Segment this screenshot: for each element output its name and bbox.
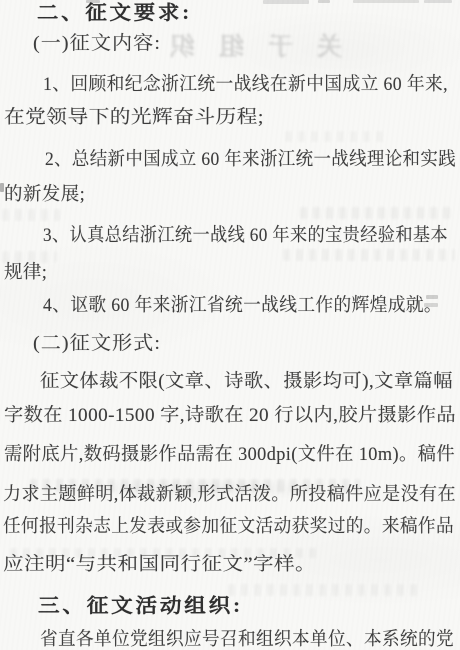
scan-smudge [283, 249, 455, 261]
section-heading: 三、征文活动组织: [38, 595, 243, 618]
document-page: 关于组织 二、征文要求:(一)征文内容:1、回顾和纪念浙江统一战线在新中国成立 … [0, 0, 460, 650]
bleedthrough-text: 关于组织 [146, 27, 342, 63]
text-line: 应注明“与共和国同行征文”字样。 [3, 554, 316, 577]
text-line: 需附底片,数码摄影作品需在 300dpi(文件在 10m)。稿件 [4, 444, 455, 467]
section-heading: 二、征文要求: [37, 2, 192, 25]
text-line: 省直各单位党组织应号召和组织本单位、本系统的党 [40, 629, 454, 650]
text-line: 在党领导下的光辉奋斗历程; [4, 107, 264, 130]
text-line: 3、认真总结浙江统一战线 60 年来的宝贵经验和基本 [43, 225, 448, 248]
text-line: 字数在 1000-1500 字,诗歌在 20 行以内,胶片摄影作品 [4, 405, 456, 428]
text-line: (一)征文内容: [33, 32, 161, 55]
scan-smudge [2, 209, 60, 221]
scan-smudge [228, 584, 423, 596]
scan-dash [263, 0, 309, 4]
scan-smudge [300, 207, 452, 219]
text-line: 的新发展; [4, 184, 85, 207]
scan-smudge [285, 131, 385, 142]
text-line: 规律; [4, 262, 47, 285]
text-line: 2、总结新中国成立 60 年来浙江统一战线理论和实践 [45, 149, 456, 172]
text-line: 任何报刊杂志上发表或参加征文活动获奖过的。来稿作品 [3, 516, 454, 539]
text-line: 4、讴歌 60 年来浙江省统一战线工作的辉煌成就。 [43, 295, 442, 318]
scan-dash [318, 0, 330, 3]
scan-dash [424, 0, 452, 3]
text-line: 力求主题鲜明,体裁新颖,形式活泼。所投稿件应是没有在 [3, 484, 456, 507]
text-line: 1、回顾和纪念浙江统一战线在新中国成立 60 年来, [43, 74, 448, 97]
text-line: 征文体裁不限(文章、诗歌、摄影均可),文章篇幅 [40, 371, 453, 394]
scan-dash [353, 0, 419, 3]
text-line: (二)征文形式: [33, 332, 161, 355]
